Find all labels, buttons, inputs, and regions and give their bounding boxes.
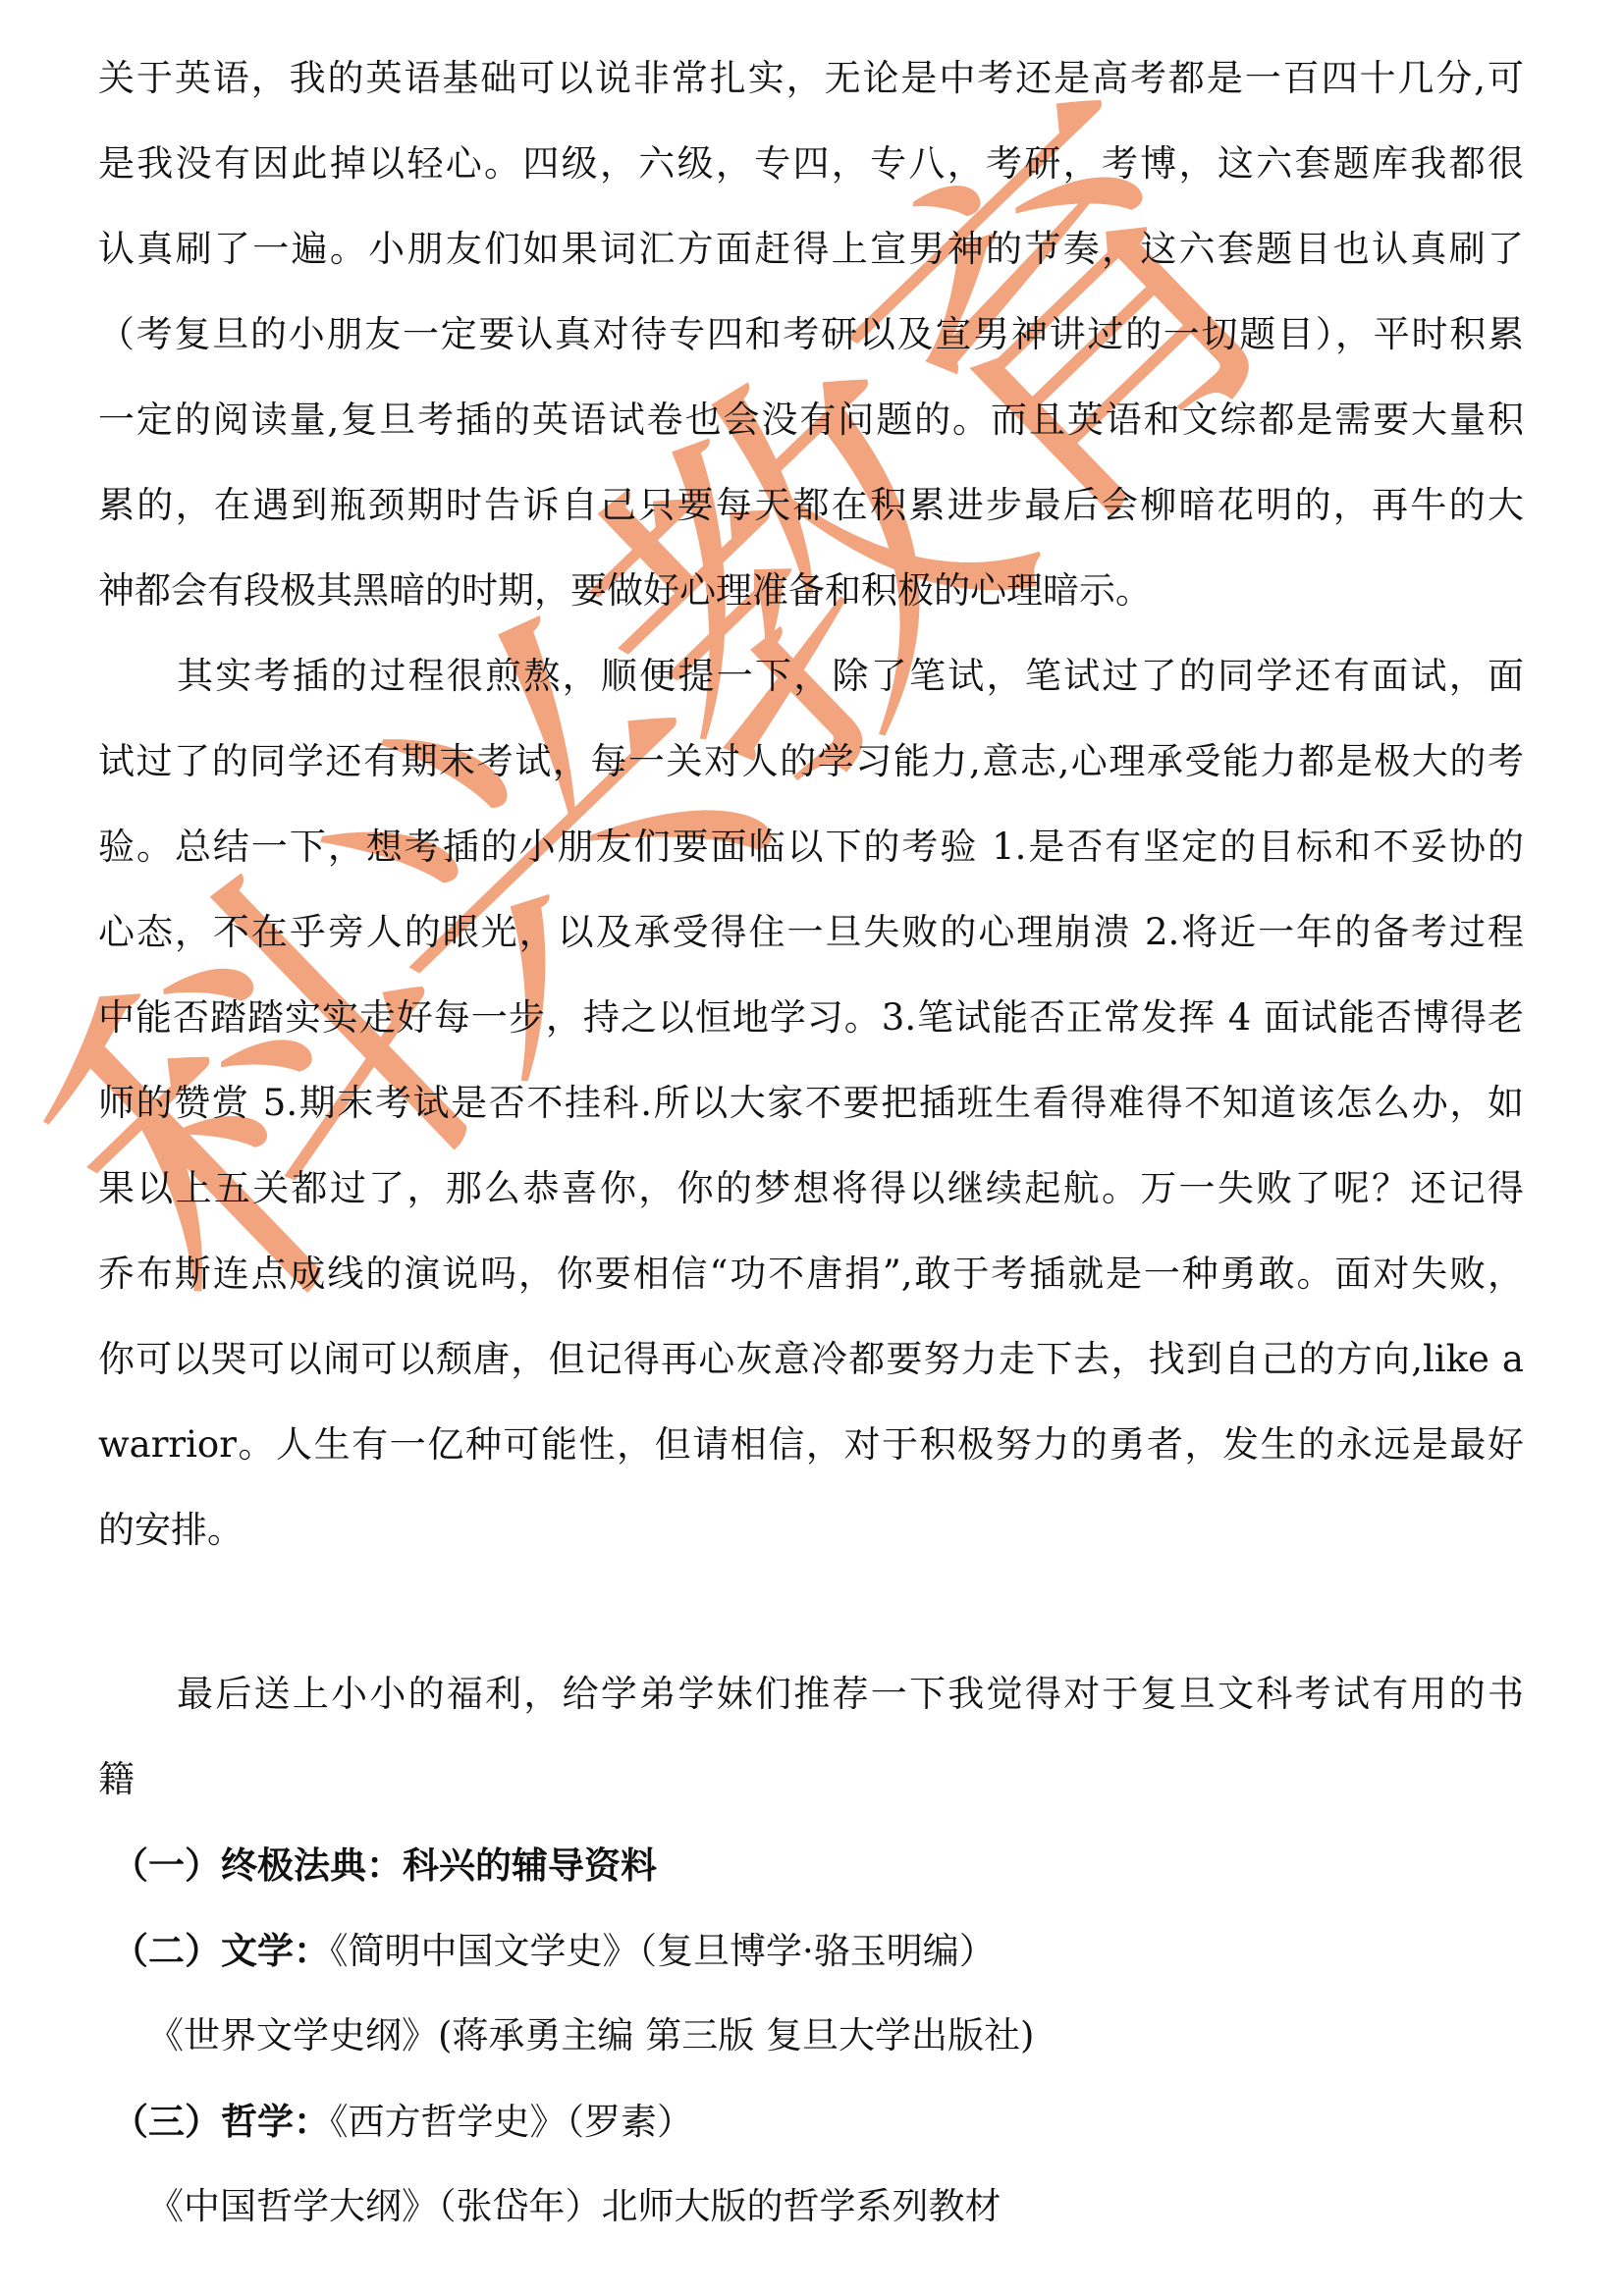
paragraph-2-line-6: 师的赞赏 5.期末考试是否不挂科.所以大家不要把插班生看得难得不知道该怎么办，如 xyxy=(98,1074,1524,1133)
paragraph-2-line-3: 验。总结一下，想考插的小朋友们要面临以下的考验 1.是否有坚定的目标和不妥协的 xyxy=(98,818,1524,877)
book-list-item-1-text: 科兴的辅导资料 xyxy=(403,1843,657,1887)
book-list-item-2: （二）文学：《简明中国文学史》（复旦博学·骆玉明编） xyxy=(98,1921,1538,1980)
book-list-item-4-text: 《西方哲学史》（罗素） xyxy=(330,2101,693,2143)
book-list-item-2-text: 《简明中国文学史》（复旦博学·骆玉明编） xyxy=(330,1930,996,1972)
paragraph-1-line-2: 是我没有因此掉以轻心。四级，六级，专四，专八，考研，考博，这六套题库我都很 xyxy=(98,134,1524,193)
paragraph-3-line-2: 籍 xyxy=(98,1750,1524,1809)
paragraph-2-line-4: 心态，不在乎旁人的眼光，以及承受得住一旦失败的心理崩溃 2.将近一年的备考过程 xyxy=(98,903,1524,962)
document-page: 科兴教育 关于英语，我的英语基础可以说非常扎实，无论是中考还是高考都是一百四十几… xyxy=(0,0,1624,2296)
book-list-item-5: 《中国哲学大纲》（张岱年）北师大版的哲学系列教材 xyxy=(98,2177,1524,2236)
book-list-item-3-text: 《世界文学史纲》(蒋承勇主编 第三版 复旦大学出版社) xyxy=(147,2014,1034,2056)
paragraph-1-line-1: 关于英语，我的英语基础可以说非常扎实，无论是中考还是高考都是一百四十几分,可 xyxy=(98,49,1524,108)
paragraph-2-line-2: 试过了的同学还有期末考试，每一关对人的学习能力,意志,心理承受能力都是极大的考 xyxy=(98,732,1524,791)
paragraph-2-line-5: 中能否踏踏实实走好每一步，持之以恒地学习。3.笔试能否正常发挥 4 面试能否博得… xyxy=(98,988,1524,1047)
paragraph-1-line-3: 认真刷了一遍。小朋友们如果词汇方面赶得上宣男神的节奏，这六套题目也认真刷了 xyxy=(98,220,1524,279)
book-list-item-2-prefix: （二）文学： xyxy=(112,1929,330,1972)
paragraph-2-line-7: 果以上五关都过了，那么恭喜你，你的梦想将得以继续起航。万一失败了呢？还记得 xyxy=(98,1159,1524,1218)
book-list-item-1: （一）终极法典：科兴的辅导资料 xyxy=(98,1836,1538,1895)
paragraph-2-line-9: 你可以哭可以闹可以颓唐，但记得再心灰意冷都要努力走下去，找到自己的方向,like… xyxy=(98,1330,1524,1389)
paragraph-2-line-10: warrior。人生有一亿种可能性，但请相信，对于积极努力的勇者，发生的永远是最… xyxy=(98,1415,1524,1474)
book-list-item-3: 《世界文学史纲》(蒋承勇主编 第三版 复旦大学出版社) xyxy=(98,2006,1524,2065)
book-list-item-4: （三）哲学：《西方哲学史》（罗素） xyxy=(98,2092,1538,2151)
paragraph-2-line-11: 的安排。 xyxy=(98,1501,1524,1560)
paragraph-1-line-6: 累的，在遇到瓶颈期时告诉自己只要每天都在积累进步最后会柳暗花明的，再牛的大 xyxy=(98,476,1524,535)
paragraph-1-line-7: 神都会有段极其黑暗的时期，要做好心理准备和积极的心理暗示。 xyxy=(98,561,1524,620)
paragraph-2-line-1: 其实考插的过程很煎熬，顺便提一下，除了笔试，笔试过了的同学还有面试，面 xyxy=(98,647,1524,706)
book-list-item-4-prefix: （三）哲学： xyxy=(112,2100,330,2143)
paragraph-1-line-4: （考复旦的小朋友一定要认真对待专四和考研以及宣男神讲过的一切题目），平时积累 xyxy=(98,305,1524,364)
paragraph-1-line-5: 一定的阅读量,复旦考插的英语试卷也会没有问题的。而且英语和文综都是需要大量积 xyxy=(98,391,1524,450)
book-list-item-5-text: 《中国哲学大纲》（张岱年）北师大版的哲学系列教材 xyxy=(147,2185,1001,2227)
paragraph-2-line-8: 乔布斯连点成线的演说吗，你要相信“功不唐捐”,敢于考插就是一种勇敢。面对失败， xyxy=(98,1245,1524,1304)
book-list-item-1-prefix: （一）终极法典： xyxy=(112,1843,403,1887)
paragraph-3-line-1: 最后送上小小的福利，给学弟学妹们推荐一下我觉得对于复旦文科考试有用的书 xyxy=(98,1665,1524,1724)
